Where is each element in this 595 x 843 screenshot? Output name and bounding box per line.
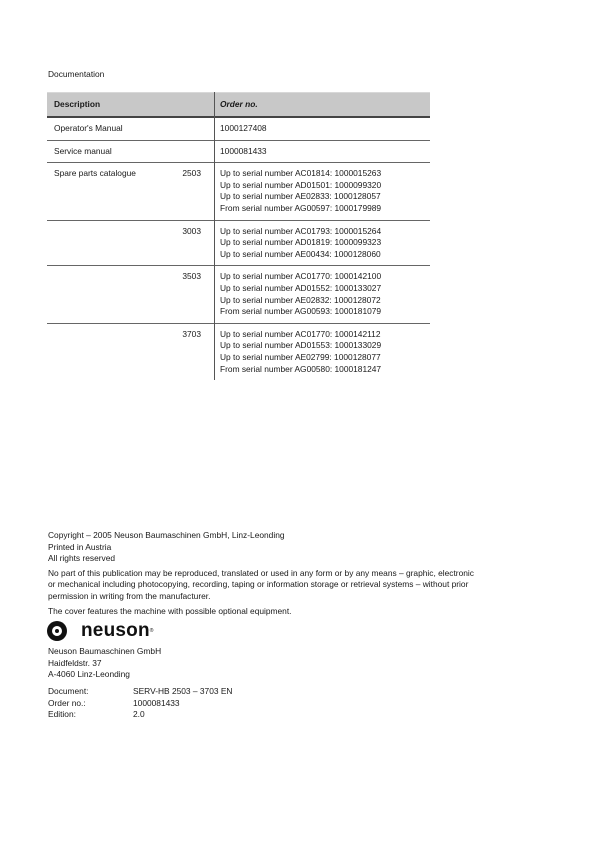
row-model: 2503 [167, 168, 201, 180]
row-model: 3503 [167, 271, 201, 283]
table-row: 3003Up to serial number AC01793: 1000015… [47, 221, 430, 267]
row-order-numbers: Up to serial number AC01814: 1000015263U… [220, 168, 381, 214]
order-line: Up to serial number AC01793: 1000015264 [220, 226, 381, 238]
neuson-logo-icon [47, 621, 67, 641]
company-address: Neuson Baumaschinen GmbH Haidfeldstr. 37… [48, 646, 161, 681]
city: A-4060 Linz-Leonding [48, 669, 161, 681]
order-line: Up to serial number AD01553: 1000133029 [220, 340, 381, 352]
document-meta: Document: SERV-HB 2503 – 3703 EN Order n… [48, 686, 288, 721]
header-order-no: Order no. [220, 99, 258, 111]
printed-line: Printed in Austria [48, 542, 478, 554]
order-line: Up to serial number AE02799: 1000128077 [220, 352, 381, 364]
order-line: 1000127408 [220, 123, 267, 135]
table-row: Service manual1000081433 [47, 141, 430, 164]
table-header: Description Order no. [47, 92, 430, 118]
table-body: Operator's Manual1000127408Service manua… [47, 118, 430, 380]
street: Haidfeldstr. 37 [48, 658, 161, 670]
row-model: 3703 [167, 329, 201, 341]
rights-line: All rights reserved [48, 553, 478, 565]
section-title: Documentation [48, 69, 104, 81]
order-line: Up to serial number AD01819: 1000099323 [220, 237, 381, 249]
order-line: From serial number AG00593: 1000181079 [220, 306, 381, 318]
copyright-line: Copyright – 2005 Neuson Baumaschinen Gmb… [48, 530, 478, 542]
order-line: Up to serial number AC01770: 1000142100 [220, 271, 381, 283]
row-order-numbers: Up to serial number AC01793: 1000015264U… [220, 226, 381, 261]
row-description: Service manual [54, 146, 112, 158]
row-order-numbers: Up to serial number AC01770: 1000142112U… [220, 329, 381, 375]
table-row: Operator's Manual1000127408 [47, 118, 430, 141]
order-line: Up to serial number AD01552: 1000133027 [220, 283, 381, 295]
header-description: Description [54, 99, 100, 111]
order-line: Up to serial number AE02833: 1000128057 [220, 191, 381, 203]
table-row: Spare parts catalogue2503Up to serial nu… [47, 163, 430, 220]
order-line: From serial number AG00597: 1000179989 [220, 203, 381, 215]
order-line: Up to serial number AC01770: 1000142112 [220, 329, 381, 341]
cover-note: The cover features the machine with poss… [48, 606, 478, 618]
reproduction-notice: No part of this publication may be repro… [48, 568, 478, 603]
order-line: Up to serial number AD01501: 1000099320 [220, 180, 381, 192]
order-line: From serial number AG00580: 1000181247 [220, 364, 381, 376]
neuson-logo: neuson® [47, 620, 154, 642]
row-model: 3003 [167, 226, 201, 238]
table-row: 3703Up to serial number AC01770: 1000142… [47, 324, 430, 380]
row-order-numbers: 1000127408 [220, 123, 267, 135]
row-order-numbers: 1000081433 [220, 146, 267, 158]
row-order-numbers: Up to serial number AC01770: 1000142100U… [220, 271, 381, 317]
order-line: Up to serial number AC01814: 1000015263 [220, 168, 381, 180]
copyright-block: Copyright – 2005 Neuson Baumaschinen Gmb… [48, 530, 478, 617]
logo-wordmark: neuson® [81, 621, 154, 641]
meta-order-no: Order no.: 1000081433 [48, 698, 288, 710]
order-line: Up to serial number AE02832: 1000128072 [220, 295, 381, 307]
table-row: 3503Up to serial number AC01770: 1000142… [47, 266, 430, 323]
company-name: Neuson Baumaschinen GmbH [48, 646, 161, 658]
order-line: 1000081433 [220, 146, 267, 158]
documentation-table: Description Order no. Operator's Manual1… [47, 92, 430, 380]
row-description: Spare parts catalogue [54, 168, 136, 180]
order-line: Up to serial number AE00434: 1000128060 [220, 249, 381, 261]
meta-edition: Edition: 2.0 [48, 709, 288, 721]
row-description: Operator's Manual [54, 123, 123, 135]
meta-document: Document: SERV-HB 2503 – 3703 EN [48, 686, 288, 698]
column-divider [214, 92, 215, 380]
